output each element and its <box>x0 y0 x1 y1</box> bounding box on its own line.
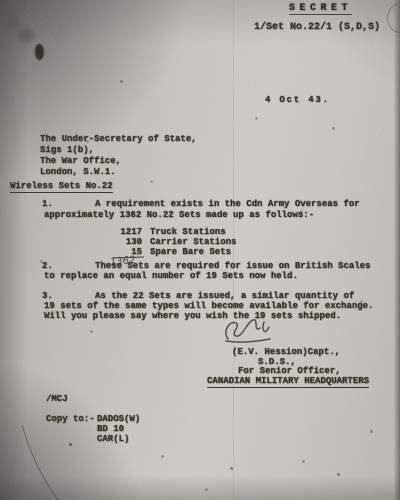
set-qty: 130 <box>114 237 142 247</box>
typist-initials: /MCJ <box>46 394 68 404</box>
reference-line: 1/Set No.22/1 (S,D,S) <box>254 22 380 33</box>
paragraph-text: As the 22 Sets are issued, a similar qua… <box>95 291 354 301</box>
paragraph-text: approximately 1362 No.22 Sets made up as… <box>44 210 314 220</box>
scanned-letter-page: SECRET 1/Set No.22/1 (S,D,S) 4 Oct 43. T… <box>0 0 400 500</box>
paragraph-text: These Sets are required for issue on Bri… <box>95 261 370 271</box>
paragraph-text: Will you please say where you wish the 1… <box>44 311 341 321</box>
subject-heading: Wireless Sets No.22 <box>10 181 113 193</box>
signature-for-line: For Senior Officer, <box>238 366 341 376</box>
set-label: Truck Stations <box>150 227 226 237</box>
copy-item: BD 10 <box>97 424 124 434</box>
address-line: The War Office, <box>40 156 121 166</box>
copy-to-label: Copy to:- <box>46 414 95 424</box>
paragraph-text: A requirement exists in the Cdn Army Ove… <box>95 199 360 209</box>
paragraph-text: to replace an equal number of 19 Sets no… <box>44 271 298 281</box>
address-line: The Under-Secretary of State, <box>40 134 197 144</box>
signature-name: (E.V. Hession)Capt., <box>232 347 340 357</box>
set-qty: 1217 <box>114 227 142 237</box>
copy-item: DADOS(W) <box>97 414 140 424</box>
signature-organization: CANADIAN MILITARY HEADQUARTERS <box>207 376 369 388</box>
classification-stamp: SECRET <box>289 3 352 15</box>
paragraph-number: 3. <box>42 291 53 301</box>
paragraph-number: 2. <box>42 261 53 271</box>
paragraph-text: 19 sets of the same types will become av… <box>44 301 373 311</box>
date-line: 4 Oct 43. <box>265 95 330 105</box>
set-label: Carrier Stations <box>150 237 236 247</box>
address-line: London, S.W.1. <box>40 167 116 177</box>
address-line: Sigs 1(b), <box>40 145 94 155</box>
handwritten-signature-initials <box>220 317 276 345</box>
copy-item: CAR(L) <box>97 434 129 444</box>
set-label: Spare Bare Sets <box>150 247 231 257</box>
paragraph-number: 1. <box>42 199 53 209</box>
